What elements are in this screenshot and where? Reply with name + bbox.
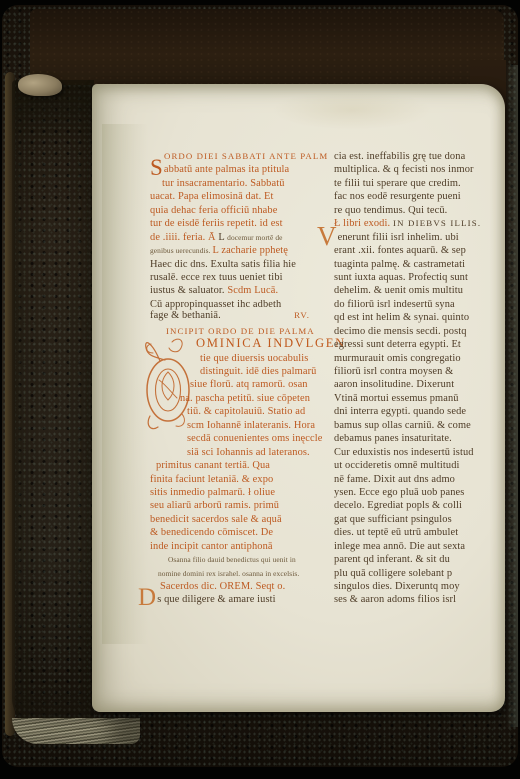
manuscript-line: bamus sup ollas carniū. & come bbox=[334, 417, 504, 430]
manuscript-line: qd est int helim & synai. quinto bbox=[334, 309, 504, 322]
text-segment: singulos dies. Dixeruntq moy bbox=[334, 581, 460, 592]
text-segment: re quo tendimus. Qui tecū. bbox=[334, 205, 447, 216]
text-segment: inlege mea annō. Die aut sexta bbox=[334, 541, 465, 552]
manuscript-line: quia dehac feria officiū nhabe bbox=[150, 202, 326, 215]
text-segment: cia est. ineffabilis grę tue dona bbox=[334, 151, 465, 162]
text-segment: ORDO DIEI SABBATI ANTE PALM bbox=[164, 151, 328, 161]
text-segment: enerunt filii isrl inhelim. ubi bbox=[338, 232, 459, 243]
manuscript-line: genibus uerecundis. L zacharie pphetę bbox=[150, 242, 326, 255]
text-segment: tur insacramentario. Sabbatū bbox=[162, 178, 285, 189]
text-segment: filiorū isrl contra moysen & bbox=[334, 366, 453, 377]
manuscript-line: murmurauit omis congregatio bbox=[334, 350, 504, 363]
manuscript-line: decelo. Egrediat popls & colli bbox=[334, 497, 504, 510]
manuscript-line: re quo tendimus. Qui tecū. bbox=[334, 202, 504, 215]
text-segment: siā sci Iohannis ad lateranos. bbox=[187, 447, 310, 458]
manuscript-line: INCIPIT ORDO DE DIE PALMA bbox=[150, 323, 326, 336]
text-segment: rusalē. ecce rex tuus ueniet tibi bbox=[150, 272, 283, 283]
text-column-left: ORDO DIEI SABBATI ANTE PALMSabbatū ante … bbox=[150, 148, 326, 605]
manuscript-line: distinguit. idē dies palmarū bbox=[150, 363, 326, 376]
manuscript-line: ses & aaron adoms filios isrl bbox=[334, 591, 504, 604]
manuscript-line: de .iiii. feria. Ā L docemur mortē de bbox=[150, 229, 326, 242]
manuscript-page: ORDO DIEI SABBATI ANTE PALMSabbatū ante … bbox=[92, 84, 505, 712]
text-segment: secdā conuenientes oms inęccle bbox=[187, 433, 322, 444]
manuscript-line: fage & bethaniā. RV. bbox=[150, 309, 326, 322]
text-segment: tuaginta palmę. & castrametati bbox=[334, 259, 465, 270]
manuscript-line: erant .xii. fontes aquarū. & sep bbox=[334, 242, 504, 255]
text-segment: scm Iohannē inlateranis. Hora bbox=[187, 420, 315, 431]
manuscript-line: decimo die mensis secdi. postq bbox=[334, 323, 504, 336]
text-segment: inde incipit cantor antiphonā bbox=[150, 541, 273, 552]
book-cover-top bbox=[30, 9, 504, 85]
text-segment: te filii tui sperare que credim. bbox=[334, 178, 461, 189]
text-segment: s que diligere & amare iusti bbox=[157, 594, 276, 605]
manuscript-line: na. pascha petitū. siue cōpeten bbox=[150, 390, 326, 403]
manuscript-line: secdā conuenientes oms inęccle bbox=[150, 430, 326, 443]
manuscript-line: ysen. Ecce ego pluā uob panes bbox=[334, 484, 504, 497]
manuscript-line: tur insacramentario. Sabbatū bbox=[150, 175, 326, 188]
manuscript-line: Venerunt filii isrl inhelim. ubi bbox=[334, 229, 504, 242]
manuscript-line: debamus panes insaturitate. bbox=[334, 430, 504, 443]
text-segment: dehelim. & uenit omis multitu bbox=[334, 285, 463, 296]
manuscript-line: cia est. ineffabilis grę tue dona bbox=[334, 148, 504, 161]
manuscript-line: nē fame. Dixit aut dns admo bbox=[334, 471, 504, 484]
text-segment: decimo die mensis secdi. postq bbox=[334, 326, 467, 337]
text-segment: IN DIEBVS ILLIS. bbox=[393, 218, 481, 228]
manuscript-line: Vtinā mortui essemus pmanū bbox=[334, 390, 504, 403]
text-segment: ses & aaron adoms filios isrl bbox=[334, 594, 456, 605]
text-segment: sitis inmedio palmarū. ł oliue bbox=[150, 487, 275, 498]
manuscript-line: Sacerdos dic. OREM. Seqt o. bbox=[150, 578, 326, 591]
parchment-stain bbox=[272, 90, 432, 130]
manuscript-line: nomine domini rex israhel. osanna in exc… bbox=[150, 565, 326, 578]
text-segment: erant .xii. fontes aquarū. & sep bbox=[334, 245, 466, 256]
illuminated-initial: D bbox=[138, 584, 156, 611]
manuscript-line: Osanna filio dauid benedictus qui uenit … bbox=[150, 551, 326, 564]
text-segment: de .iiii. feria. Ā bbox=[150, 232, 218, 243]
manuscript-line: singulos dies. Dixeruntq moy bbox=[334, 578, 504, 591]
text-segment: do filiorū isrl indesertū syna bbox=[334, 299, 455, 310]
manuscript-line: Sabbatū ante palmas ita ptitula bbox=[150, 161, 326, 174]
text-segment: decelo. Egrediat popls & colli bbox=[334, 500, 462, 511]
manuscript-line: ORDO DIEI SABBATI ANTE PALM bbox=[150, 148, 326, 161]
text-segment: iustus & saluator. bbox=[150, 285, 227, 296]
text-segment: ut occideretis omnē multitudi bbox=[334, 460, 460, 471]
photo-frame: ORDO DIEI SABBATI ANTE PALMSabbatū ante … bbox=[0, 0, 520, 779]
manuscript-line: tie que diuersis uocabulis bbox=[150, 350, 326, 363]
manuscript-line: dehelim. & uenit omis multitu bbox=[334, 282, 504, 295]
manuscript-line: seu aliarū arborū ramis. primū bbox=[150, 497, 326, 510]
text-segment: genibus uerecundis. bbox=[150, 246, 213, 255]
manuscript-line: ut occideretis omnē multitudi bbox=[334, 457, 504, 470]
manuscript-line: fac nos eodē resurgente pueni bbox=[334, 188, 504, 201]
illuminated-initial: S bbox=[150, 155, 163, 180]
text-segment: docemur mortē de bbox=[227, 233, 282, 242]
text-segment: tiū. & capitolauiū. Statio ad bbox=[187, 406, 305, 417]
text-segment: murmurauit omis congregatio bbox=[334, 353, 461, 364]
manuscript-line: iustus & saluator. Scdm Lucā. bbox=[150, 282, 326, 295]
text-segment: tie que diuersis uocabulis bbox=[200, 353, 308, 364]
text-segment: quia dehac feria officiū nhabe bbox=[150, 205, 277, 216]
page-corner-curl bbox=[18, 74, 62, 96]
manuscript-line: Ds que diligere & amare iusti bbox=[150, 591, 326, 604]
text-segment: sunt iuxta aquas. Profectiq sunt bbox=[334, 272, 468, 283]
text-segment: L zacharie pphetę bbox=[213, 245, 289, 256]
text-segment: nomine domini rex israhel. osanna in exc… bbox=[158, 569, 299, 578]
text-segment: multiplica. & q fecisti nos inmor bbox=[334, 164, 474, 175]
text-segment: Cū appropinquasset ihc adbeth bbox=[150, 299, 281, 310]
text-segment: & benedicendo cōmiscet. De bbox=[150, 527, 273, 538]
text-column-right: cia est. ineffabilis grę tue donamultipl… bbox=[334, 148, 504, 605]
text-segment: fac nos eodē resurgente pueni bbox=[334, 191, 461, 202]
manuscript-line: tiū. & capitolauiū. Statio ad bbox=[150, 403, 326, 416]
illuminated-initial: V bbox=[317, 221, 337, 251]
text-segment: parent qd inferant. & sit du bbox=[334, 554, 450, 565]
manuscript-line: Haec dic dns. Exulta satis filia hie bbox=[150, 256, 326, 269]
manuscript-line: multiplica. & q fecisti nos inmor bbox=[334, 161, 504, 174]
text-segment: RV. bbox=[294, 309, 310, 322]
manuscript-line: do filiorū isrl indesertū syna bbox=[334, 296, 504, 309]
manuscript-line: uacat. Papa elimosinā dat. Et bbox=[150, 188, 326, 201]
text-segment: primitus canant tertiā. Qua bbox=[156, 460, 270, 471]
text-segment: Sacerdos dic. OREM. Seqt o. bbox=[160, 581, 285, 592]
text-segment: na. pascha petitū. siue cōpeten bbox=[180, 393, 310, 404]
manuscript-line: dies. ut teptē eū utrū ambulet bbox=[334, 524, 504, 537]
text-segment: abbatū ante palmas ita ptitula bbox=[164, 164, 289, 175]
manuscript-line: filiorū isrl contra moysen & bbox=[334, 363, 504, 376]
manuscript-line: benedicit sacerdos sale & aquā bbox=[150, 511, 326, 524]
text-segment: tur de eisdē feriis repetit. id est bbox=[150, 218, 283, 229]
text-segment: distinguit. idē dies palmarū bbox=[200, 366, 317, 377]
manuscript-line: te filii tui sperare que credim. bbox=[334, 175, 504, 188]
manuscript-line: Cur eduxistis nos indesertū istud bbox=[334, 444, 504, 457]
text-segment: finita faciunt letaniā. & expo bbox=[150, 474, 273, 485]
manuscript-line: scm Iohannē inlateranis. Hora bbox=[150, 417, 326, 430]
text-segment: plu quā colligere solebant p bbox=[334, 568, 452, 579]
manuscript-line: plu quā colligere solebant p bbox=[334, 565, 504, 578]
text-segment: Cur eduxistis nos indesertū istud bbox=[334, 447, 474, 458]
manuscript-line: OMINICA INDVLGEN bbox=[150, 336, 326, 349]
manuscript-line: & benedicendo cōmiscet. De bbox=[150, 524, 326, 537]
text-segment: siue florū. atq ramorū. osan bbox=[190, 379, 308, 390]
text-segment: gat que sufficiant psingulos bbox=[334, 514, 452, 525]
manuscript-line: gat que sufficiant psingulos bbox=[334, 511, 504, 524]
text-segment: Scdm Lucā. bbox=[227, 285, 278, 296]
manuscript-line: parent qd inferant. & sit du bbox=[334, 551, 504, 564]
manuscript-line: tuaginta palmę. & castrametati bbox=[334, 256, 504, 269]
manuscript-line: Cū appropinquasset ihc adbeth bbox=[150, 296, 326, 309]
text-segment: qd est int helim & synai. quinto bbox=[334, 312, 469, 323]
text-segment: seu aliarū arborū ramis. primū bbox=[150, 500, 279, 511]
manuscript-line: siue florū. atq ramorū. osan bbox=[150, 376, 326, 389]
manuscript-line: dni interra egypti. quando sede bbox=[334, 403, 504, 416]
book-page-stack bbox=[12, 80, 94, 728]
text-segment: L bbox=[218, 232, 227, 243]
text-segment: dies. ut teptē eū utrū ambulet bbox=[334, 527, 458, 538]
text-segment: Haec dic dns. Exulta satis filia hie bbox=[150, 259, 296, 270]
manuscript-line: egressi sunt deterra egypti. Et bbox=[334, 336, 504, 349]
text-segment: INCIPIT ORDO DE DIE PALMA bbox=[166, 326, 315, 336]
manuscript-line: aaron insolitudine. Dixerunt bbox=[334, 376, 504, 389]
text-segment: Ł libri exodi. bbox=[334, 218, 393, 229]
text-segment: debamus panes insaturitate. bbox=[334, 433, 452, 444]
manuscript-line: sunt iuxta aquas. Profectiq sunt bbox=[334, 269, 504, 282]
manuscript-line: rusalē. ecce rex tuus ueniet tibi bbox=[150, 269, 326, 282]
manuscript-line: Ł libri exodi. IN DIEBVS ILLIS. bbox=[334, 215, 504, 228]
text-segment: dni interra egypti. quando sede bbox=[334, 406, 466, 417]
manuscript-line: sitis inmedio palmarū. ł oliue bbox=[150, 484, 326, 497]
text-segment: uacat. Papa elimosinā dat. Et bbox=[150, 191, 274, 202]
manuscript-line: primitus canant tertiā. Qua bbox=[150, 457, 326, 470]
manuscript-line: siā sci Iohannis ad lateranos. bbox=[150, 444, 326, 457]
text-segment: OMINICA INDVLGEN bbox=[196, 336, 346, 350]
manuscript-line: tur de eisdē feriis repetit. id est bbox=[150, 215, 326, 228]
text-segment: nē fame. Dixit aut dns admo bbox=[334, 474, 455, 485]
text-segment: ysen. Ecce ego pluā uob panes bbox=[334, 487, 464, 498]
manuscript-line: inlege mea annō. Die aut sexta bbox=[334, 538, 504, 551]
manuscript-line: inde incipit cantor antiphonā bbox=[150, 538, 326, 551]
text-segment: fage & bethaniā. bbox=[150, 309, 221, 322]
text-segment: bamus sup ollas carniū. & come bbox=[334, 420, 471, 431]
text-segment: aaron insolitudine. Dixerunt bbox=[334, 379, 454, 390]
text-segment: egressi sunt deterra egypti. Et bbox=[334, 339, 461, 350]
text-segment: benedicit sacerdos sale & aquā bbox=[150, 514, 282, 525]
text-segment: Vtinā mortui essemus pmanū bbox=[334, 393, 459, 404]
manuscript-line: finita faciunt letaniā. & expo bbox=[150, 471, 326, 484]
text-segment: Osanna filio dauid benedictus qui uenit … bbox=[168, 555, 296, 564]
